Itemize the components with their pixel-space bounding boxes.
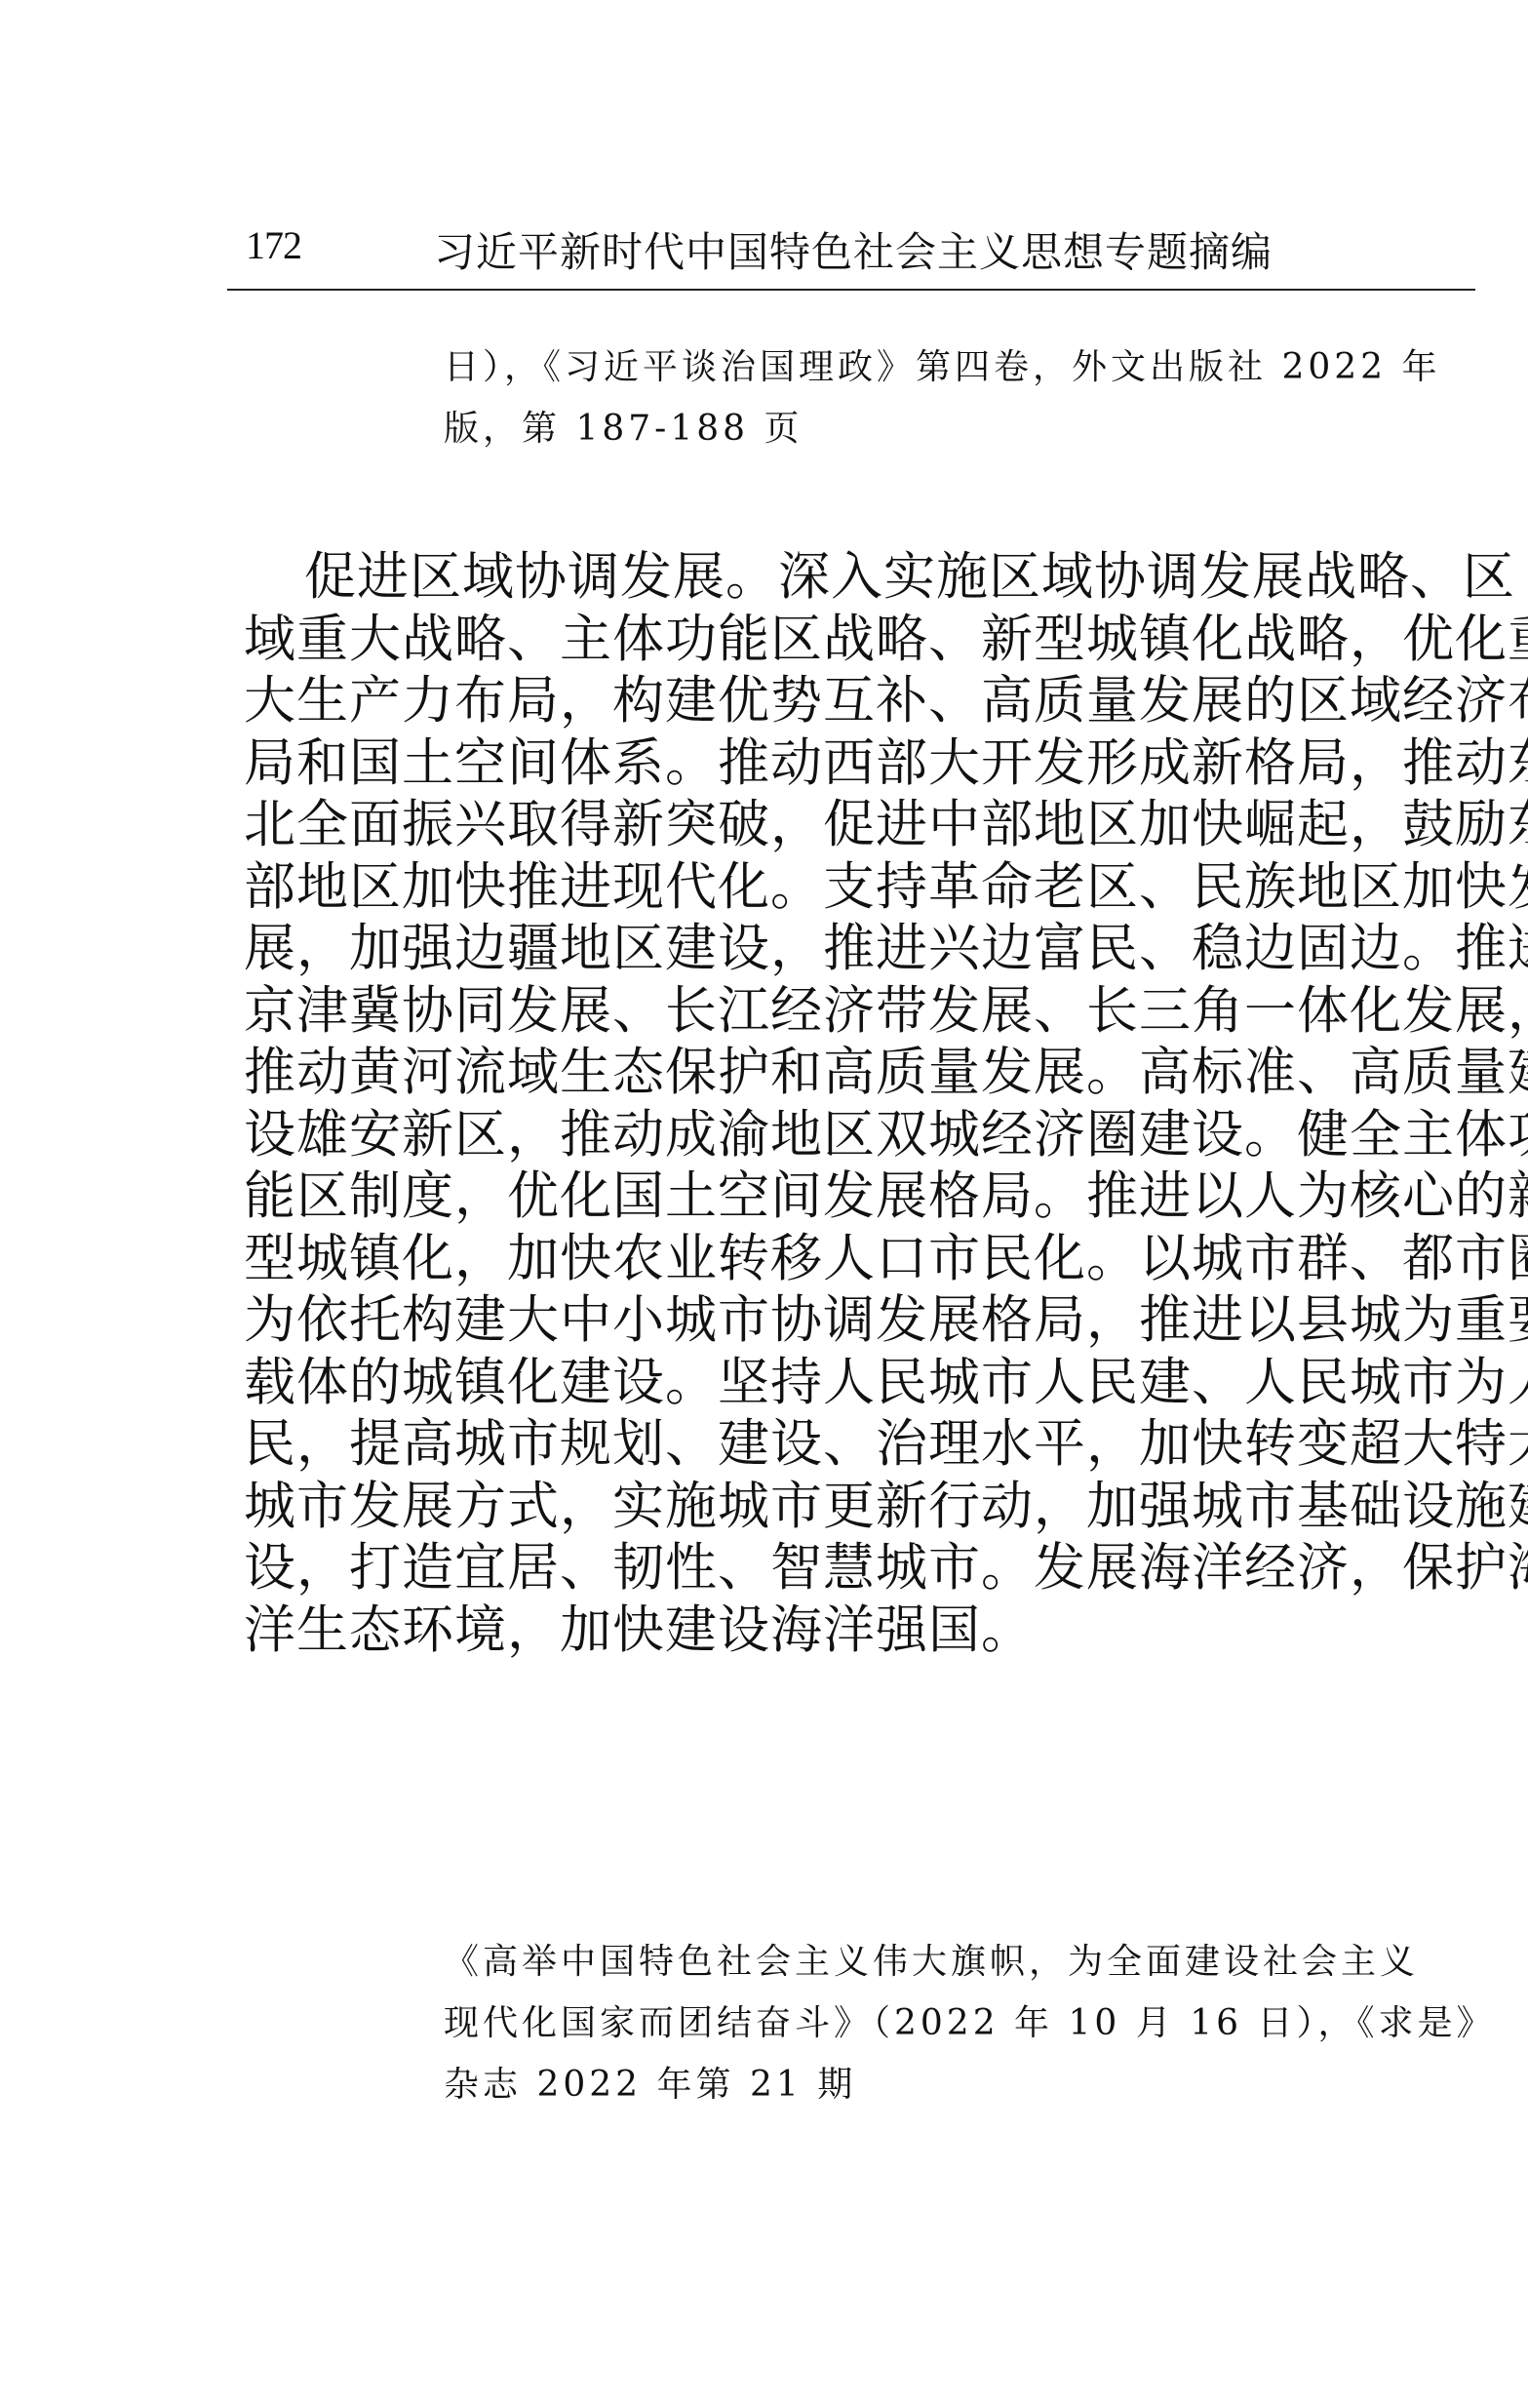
body-line: 型城镇化，加快农业转移人口市民化。以城市群、都市圈 xyxy=(244,1228,1453,1290)
citation-line: 杂志 2022 年第 21 期 xyxy=(444,2054,1458,2115)
citation-line: 现代化国家而团结奋斗》（2022 年 10 月 16 日），《求是》 xyxy=(444,1993,1458,2054)
body-line: 城市发展方式，实施城市更新行动，加强城市基础设施建 xyxy=(244,1476,1453,1538)
body-line: 局和国土空间体系。推动西部大开发形成新格局，推动东 xyxy=(244,732,1453,795)
body-line: 设，打造宜居、韧性、智慧城市。发展海洋经济，保护海 xyxy=(244,1537,1453,1599)
citation-line: 日），《习近平谈治国理政》第四卷，外文出版社 2022 年 xyxy=(444,336,1458,398)
body-line: 大生产力布局，构建优势互补、高质量发展的区域经济布 xyxy=(244,670,1453,732)
header-divider xyxy=(227,289,1475,291)
body-line: 部地区加快推进现代化。支持革命老区、民族地区加快发 xyxy=(244,856,1453,919)
body-line: 京津冀协同发展、长江经济带发展、长三角一体化发展， xyxy=(244,980,1453,1043)
body-line: 北全面振兴取得新突破，促进中部地区加快崛起，鼓励东 xyxy=(244,794,1453,856)
citation-source-top: 日），《习近平谈治国理政》第四卷，外文出版社 2022 年 版，第 187-18… xyxy=(444,336,1458,459)
body-line: 设雄安新区，推动成渝地区双城经济圈建设。健全主体功 xyxy=(244,1104,1453,1166)
citation-line: 《高举中国特色社会主义伟大旗帜，为全面建设社会主义 xyxy=(444,1931,1458,1993)
body-paragraph: 促进区域协调发展。深入实施区域协调发展战略、区 域重大战略、主体功能区战略、新型… xyxy=(244,546,1453,1661)
body-line: 洋生态环境，加快建设海洋强国。 xyxy=(244,1599,1453,1662)
body-line: 能区制度，优化国土空间发展格局。推进以人为核心的新 xyxy=(244,1165,1453,1228)
body-line: 推动黄河流域生态保护和高质量发展。高标准、高质量建 xyxy=(244,1042,1453,1104)
body-line: 域重大战略、主体功能区战略、新型城镇化战略，优化重 xyxy=(244,609,1453,671)
body-line: 为依托构建大中小城市协调发展格局，推进以县城为重要 xyxy=(244,1289,1453,1352)
running-title: 习近平新时代中国特色社会主义思想专题摘编 xyxy=(434,220,1273,279)
body-line: 展，加强边疆地区建设，推进兴边富民、稳边固边。推进 xyxy=(244,918,1453,980)
citation-line: 版，第 187-188 页 xyxy=(444,398,1458,459)
body-line: 促进区域协调发展。深入实施区域协调发展战略、区 xyxy=(244,546,1453,609)
citation-source-bottom: 《高举中国特色社会主义伟大旗帜，为全面建设社会主义 现代化国家而团结奋斗》（20… xyxy=(444,1931,1458,2115)
body-line: 民，提高城市规划、建设、治理水平，加快转变超大特大 xyxy=(244,1413,1453,1476)
body-line: 载体的城镇化建设。坚持人民城市人民建、人民城市为人 xyxy=(244,1352,1453,1414)
page-number: 172 xyxy=(246,222,301,268)
